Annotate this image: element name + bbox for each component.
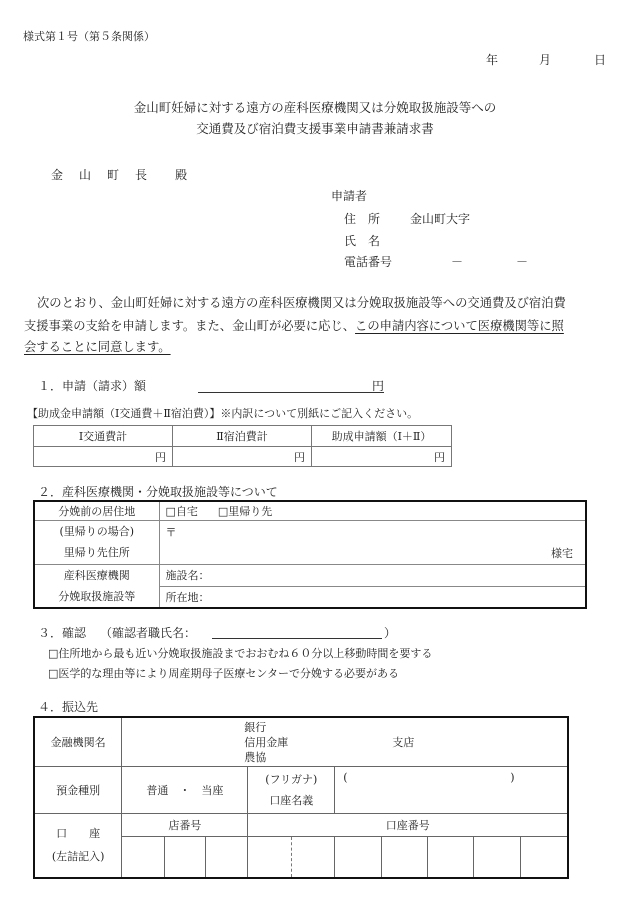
account-number-label: 口座番号 bbox=[248, 813, 568, 836]
account-label-1: 口 座 bbox=[35, 822, 121, 845]
addressee: 金山町長殿 bbox=[51, 166, 187, 183]
form-number: 様式第１号（第５条関係） bbox=[23, 28, 155, 44]
header-lodging: Ⅱ宿泊費計 bbox=[173, 426, 312, 447]
account-digit-5[interactable] bbox=[428, 836, 474, 878]
bank-type-shinkin: 信用金庫 bbox=[244, 735, 288, 750]
checkbox-home[interactable]: □自宅 bbox=[166, 505, 198, 518]
facility-location-label: 所在地： bbox=[166, 591, 210, 604]
sama-taku: 様宅 bbox=[551, 545, 573, 561]
satogaeri-label-1: (里帰りの場合) bbox=[35, 521, 159, 542]
header-transport: Ⅰ交通費計 bbox=[34, 426, 173, 447]
lodging-amount[interactable]: 円 bbox=[173, 447, 312, 467]
title-line-1: 金山町妊婦に対する遠方の産科医療機関又は分娩取扱施設等への bbox=[0, 98, 630, 116]
account-digit-3[interactable] bbox=[335, 836, 381, 878]
satogaeri-label-2: 里帰り先住所 bbox=[35, 542, 159, 563]
branch-label: 支店 bbox=[392, 734, 414, 750]
confirmer-label: （確認者職氏名： bbox=[100, 626, 196, 640]
amount-breakdown-table: Ⅰ交通費計 Ⅱ宿泊費計 助成申請額（Ⅰ＋Ⅱ） 円 円 円 bbox=[33, 425, 452, 467]
phone-separator-2: － bbox=[516, 253, 528, 270]
furigana-label: (フリガナ) bbox=[248, 769, 334, 790]
addressee-char: 殿 bbox=[175, 168, 187, 182]
account-name-field[interactable]: ( ) bbox=[335, 766, 568, 813]
satogaeri-address-field[interactable]: 〒 様宅 bbox=[159, 520, 586, 564]
date-day: 日 bbox=[594, 51, 606, 68]
address-value[interactable]: 金山町大字 bbox=[410, 210, 470, 227]
section1-note: 【助成金申請額（Ⅰ交通費＋Ⅱ宿泊費）】※内訳について別紙にご記入ください。 bbox=[27, 405, 418, 421]
name-label: 氏 名 bbox=[344, 232, 380, 249]
amount-line[interactable] bbox=[198, 392, 384, 393]
residence-label: 分娩前の居住地 bbox=[34, 501, 159, 520]
addressee-char: 長 bbox=[135, 168, 147, 182]
confirmer-name-line[interactable] bbox=[212, 638, 382, 639]
store-number-label: 店番号 bbox=[122, 813, 248, 836]
store-digit-2[interactable] bbox=[164, 836, 205, 878]
section1-heading: １．申請（請求）額 bbox=[38, 377, 146, 394]
bank-type-bank: 銀行 bbox=[244, 720, 288, 735]
title-line-2: 交通費及び宿泊費支援事業申請書兼請求書 bbox=[0, 119, 630, 137]
applicant-label: 申請者 bbox=[331, 187, 367, 204]
account-digit-6[interactable] bbox=[474, 836, 520, 878]
intro-consent-underlined: この申請内容について医療機関等に照 bbox=[355, 319, 564, 333]
intro-line-2-plain: 支援事業の支給を申請します。また、金山町が必要に応じ、 bbox=[24, 319, 355, 333]
deposit-type-options[interactable]: 普通 ・ 当座 bbox=[122, 766, 248, 813]
addressee-char: 町 bbox=[107, 168, 119, 182]
intro-consent-underlined-2: 会することに同意します。 bbox=[24, 340, 171, 354]
account-digit-7[interactable] bbox=[520, 836, 568, 878]
date-year: 年 bbox=[486, 51, 498, 68]
confirmer-close: ） bbox=[384, 624, 396, 641]
phone-label: 電話番号 bbox=[344, 253, 392, 270]
account-name-label: 口座名義 bbox=[248, 790, 334, 811]
check-medical[interactable]: □医学的な理由等により周産期母子医療センターで分娩する必要がある bbox=[48, 665, 399, 681]
paren-close: ) bbox=[510, 771, 514, 784]
date-month: 月 bbox=[539, 51, 551, 68]
facility-table: 分娩前の居住地 □自宅□里帰り先 (里帰りの場合) 里帰り先住所 〒 様宅 産科… bbox=[33, 500, 587, 609]
postal-mark: 〒 bbox=[166, 524, 177, 540]
facility-name-field[interactable]: 施設名： bbox=[159, 564, 586, 586]
bank-name-field[interactable]: 銀行 信用金庫 農協 支店 bbox=[122, 717, 568, 766]
addressee-char: 金 bbox=[51, 168, 63, 182]
section2-heading: ２．産科医療機関・分娩取扱施設等について bbox=[38, 483, 278, 500]
facility-location-field[interactable]: 所在地： bbox=[159, 586, 586, 607]
intro-line-3: 会することに同意します。 bbox=[24, 337, 171, 355]
addressee-char: 山 bbox=[79, 168, 91, 182]
paren-open: ( bbox=[343, 771, 347, 784]
facility-label-1: 産科医療機関 bbox=[35, 565, 159, 586]
intro-line-2: 支援事業の支給を申請します。また、金山町が必要に応じ、この申請内容について医療機… bbox=[24, 316, 564, 334]
store-digit-1[interactable] bbox=[122, 836, 164, 878]
check-distance[interactable]: □住所地から最も近い分娩取扱施設までおおむね６０分以上移動時間を要する bbox=[48, 645, 432, 661]
store-digit-3[interactable] bbox=[206, 836, 248, 878]
intro-line-1: 次のとおり、金山町妊婦に対する遠方の産科医療機関又は分娩取扱施設等への交通費及び… bbox=[37, 293, 566, 311]
section4-heading: ４．振込先 bbox=[38, 698, 98, 715]
facility-name-label: 施設名： bbox=[166, 569, 210, 582]
bank-label: 金融機関名 bbox=[34, 717, 122, 766]
transport-amount[interactable]: 円 bbox=[34, 447, 173, 467]
address-label: 住 所 bbox=[344, 210, 380, 227]
header-total: 助成申請額（Ⅰ＋Ⅱ） bbox=[312, 426, 452, 447]
facility-label-2: 分娩取扱施設等 bbox=[35, 586, 159, 607]
phone-separator-1: － bbox=[451, 253, 463, 270]
section3-heading: ３．確認 bbox=[38, 626, 86, 640]
account-label-2: (左詰記入) bbox=[35, 845, 121, 868]
amount-unit: 円 bbox=[372, 377, 384, 394]
checkbox-satogaeri[interactable]: □里帰り先 bbox=[218, 505, 272, 518]
bank-transfer-table: 金融機関名 銀行 信用金庫 農協 支店 預金種別 普通 ・ 当座 (フリガナ) … bbox=[33, 716, 569, 879]
account-digit-1-2[interactable] bbox=[248, 836, 335, 878]
deposit-type-label: 預金種別 bbox=[34, 766, 122, 813]
total-amount[interactable]: 円 bbox=[312, 447, 452, 467]
bank-type-nokyo: 農協 bbox=[244, 750, 288, 765]
account-digit-4[interactable] bbox=[381, 836, 427, 878]
